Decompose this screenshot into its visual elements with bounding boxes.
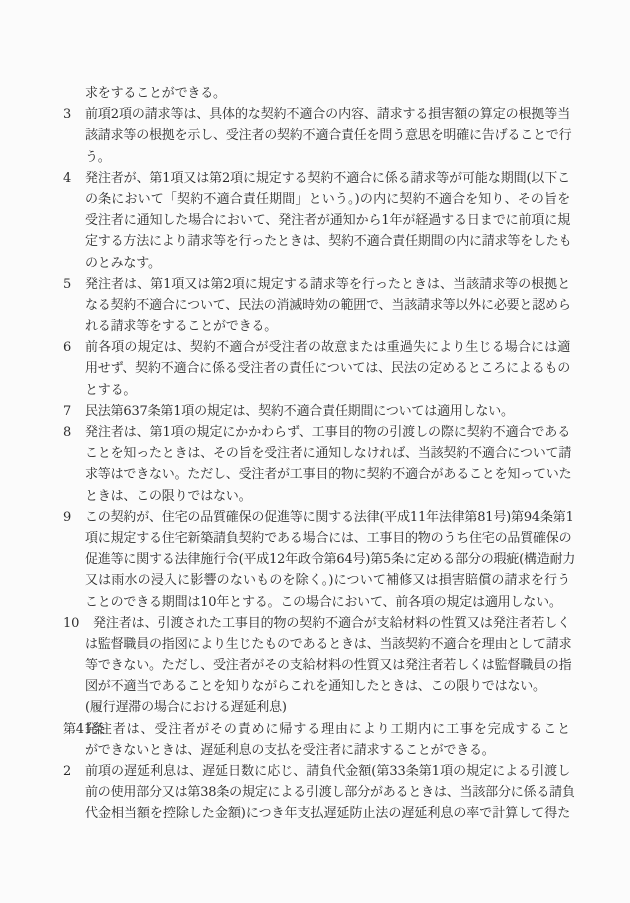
line-text: れる請求等をすることができる。	[85, 316, 570, 337]
line-text: 図が不適当であることを知りながらこれを通知したときは、この限りではない。	[85, 676, 570, 697]
contract-clause-text-block: 求をすることができる。 3 前項2項の請求等は、具体的な契約不適合の内容、請求す…	[63, 83, 570, 825]
line-text: 促進等に関する法律施行令(平成12年政令第64号)第5条に定める部分の瑕疵(構造…	[85, 549, 570, 570]
paragraph-number: 9	[63, 507, 71, 528]
line-text: 発注者は、引渡された工事目的物の契約不適合が支給材料の性質又は発注者若しく	[93, 613, 570, 634]
text-line: う。	[63, 147, 570, 168]
text-line: 図が不適当であることを知りながらこれを通知したときは、この限りではない。	[63, 676, 570, 697]
text-line: 求等はできない。ただし、受注者が工事目的物に契約不適合があることを知っていた	[63, 464, 570, 485]
paragraph-number: 4	[63, 168, 71, 189]
text-line: 用せず、契約不適合に係る受注者の責任については、民法の定めるところによるもの	[63, 358, 570, 379]
text-line: 等できない。ただし、受注者がその支給材料の性質又は発注者若しくは監督職員の指	[63, 655, 570, 676]
text-line: ができないときは、遅延利息の支払を受注者に請求することができる。	[63, 740, 570, 761]
line-text: 用せず、契約不適合に係る受注者の責任については、民法の定めるところによるもの	[85, 358, 570, 379]
text-line: 9 この契約が、住宅の品質確保の促進等に関する法律(平成11年法律第81号)第9…	[63, 507, 570, 528]
text-line: (履行遅滞の場合における遅延利息)	[63, 697, 570, 718]
paragraph-number: 3	[63, 104, 71, 125]
line-text: ことのできる期間は10年とする。この場合において、前各項の規定は適用しない。	[85, 592, 570, 613]
text-line: のとみなす。	[63, 253, 570, 274]
text-line: 8 発注者は、第1項の規定にかかわらず、工事目的物の引渡しの際に契約不適合である	[63, 422, 570, 443]
line-text: (履行遅滞の場合における遅延利息)	[85, 697, 570, 718]
line-text: 前項2項の請求等は、具体的な契約不適合の内容、請求する損害額の算定の根拠等当	[85, 104, 570, 125]
text-line: 又は雨水の浸入に影響のないものを除く。)について補修又は損害賠償の請求を行う	[63, 570, 570, 591]
text-line: 第41条 発注者は、受注者がその責めに帰する理由により工期内に工事を完成すること	[63, 719, 570, 740]
line-text: とする。	[85, 380, 570, 401]
line-text: 定する方法により請求等を行ったときは、契約不適合責任期間の内に請求等をしたも	[85, 231, 570, 252]
line-text: 該請求等の根拠を示し、受注者の契約不適合責任を問う意思を明確に告げることで行	[85, 125, 570, 146]
line-text: 項に規定する住宅新築請負契約である場合には、工事目的物のうち住宅の品質確保の	[85, 528, 570, 549]
text-line: 求をすることができる。	[63, 83, 570, 104]
paragraph-number: 6	[63, 337, 71, 358]
line-text: 等できない。ただし、受注者がその支給材料の性質又は発注者若しくは監督職員の指	[85, 655, 570, 676]
paragraph-number: 7	[63, 401, 71, 422]
line-text: 受注者に通知した場合において、発注者が通知から1年が経過する日までに前項に規	[85, 210, 570, 231]
line-text: 求をすることができる。	[85, 83, 570, 104]
text-line: 4 発注者が、第1項又は第2項に規定する契約不適合に係る請求等が可能な期間(以下…	[63, 168, 570, 189]
line-text: 発注者は、第1項の規定にかかわらず、工事目的物の引渡しの際に契約不適合である	[85, 422, 570, 443]
text-line: 該請求等の根拠を示し、受注者の契約不適合責任を問う意思を明確に告げることで行	[63, 125, 570, 146]
line-text: 民法第637条第1項の規定は、契約不適合責任期間については適用しない。	[85, 401, 570, 422]
text-line: ときは、この限りではない。	[63, 486, 570, 507]
document-page: 求をすることができる。 3 前項2項の請求等は、具体的な契約不適合の内容、請求す…	[0, 0, 630, 903]
text-line: 7 民法第637条第1項の規定は、契約不適合責任期間については適用しない。	[63, 401, 570, 422]
paragraph-number: 8	[63, 422, 71, 443]
line-text: 発注者は、第1項又は第2項に規定する請求等を行ったときは、当該請求等の根拠と	[85, 274, 570, 295]
line-text: のとみなす。	[85, 253, 570, 274]
line-text: ができないときは、遅延利息の支払を受注者に請求することができる。	[85, 740, 570, 761]
line-text: う。	[85, 147, 570, 168]
text-line: 6 前各項の規定は、契約不適合が受注者の故意または重過失により生じる場合には適	[63, 337, 570, 358]
text-line: 3 前項2項の請求等は、具体的な契約不適合の内容、請求する損害額の算定の根拠等当	[63, 104, 570, 125]
line-text: 前の使用部分又は第38条の規定による引渡し部分があるときは、当該部分に係る請負	[85, 782, 570, 803]
text-line: 項に規定する住宅新築請負契約である場合には、工事目的物のうち住宅の品質確保の	[63, 528, 570, 549]
line-text: 前各項の規定は、契約不適合が受注者の故意または重過失により生じる場合には適	[85, 337, 570, 358]
text-line: ことのできる期間は10年とする。この場合において、前各項の規定は適用しない。	[63, 592, 570, 613]
line-text: は監督職員の指図により生じたものであるときは、当該契約不適合を理由として請求	[85, 634, 570, 655]
text-line: ことを知ったときは、その旨を受注者に通知しなければ、当該契約不適合について請	[63, 443, 570, 464]
line-text: の条において「契約不適合責任期間」という。)の内に契約不適合を知り、その旨を	[85, 189, 570, 210]
line-text: 発注者が、第1項又は第2項に規定する契約不適合に係る請求等が可能な期間(以下こ	[85, 168, 570, 189]
line-text: 求等はできない。ただし、受注者が工事目的物に契約不適合があることを知っていた	[85, 464, 570, 485]
line-text: この契約が、住宅の品質確保の促進等に関する法律(平成11年法律第81号)第94条…	[85, 507, 570, 528]
line-text: 前項の遅延利息は、遅延日数に応じ、請負代金額(第33条第1項の規定による引渡し	[85, 761, 570, 782]
text-line: れる請求等をすることができる。	[63, 316, 570, 337]
text-line: 受注者に通知した場合において、発注者が通知から1年が経過する日までに前項に規	[63, 210, 570, 231]
text-line: なる契約不適合について、民法の消滅時効の範囲で、当該請求等以外に必要と認めら	[63, 295, 570, 316]
text-line: 10 発注者は、引渡された工事目的物の契約不適合が支給材料の性質又は発注者若しく	[63, 613, 570, 634]
text-line: 5 発注者は、第1項又は第2項に規定する請求等を行ったときは、当該請求等の根拠と	[63, 274, 570, 295]
paragraph-number: 第41条	[63, 719, 105, 740]
line-text: 代金相当額を控除した金額)につき年支払遅延防止法の遅延利息の率で計算して得た	[85, 803, 570, 824]
text-line: 定する方法により請求等を行ったときは、契約不適合責任期間の内に請求等をしたも	[63, 231, 570, 252]
text-line: 代金相当額を控除した金額)につき年支払遅延防止法の遅延利息の率で計算して得た	[63, 803, 570, 824]
paragraph-number: 2	[63, 761, 71, 782]
text-line: の条において「契約不適合責任期間」という。)の内に契約不適合を知り、その旨を	[63, 189, 570, 210]
text-line: は監督職員の指図により生じたものであるときは、当該契約不適合を理由として請求	[63, 634, 570, 655]
text-line: 促進等に関する法律施行令(平成12年政令第64号)第5条に定める部分の瑕疵(構造…	[63, 549, 570, 570]
line-text: 又は雨水の浸入に影響のないものを除く。)について補修又は損害賠償の請求を行う	[85, 570, 570, 591]
line-text: 発注者は、受注者がその責めに帰する理由により工期内に工事を完成すること	[85, 719, 570, 740]
text-line: 2 前項の遅延利息は、遅延日数に応じ、請負代金額(第33条第1項の規定による引渡…	[63, 761, 570, 782]
text-line: 前の使用部分又は第38条の規定による引渡し部分があるときは、当該部分に係る請負	[63, 782, 570, 803]
line-text: ことを知ったときは、その旨を受注者に通知しなければ、当該契約不適合について請	[85, 443, 570, 464]
text-line: とする。	[63, 380, 570, 401]
paragraph-number: 10	[63, 613, 79, 634]
line-text: なる契約不適合について、民法の消滅時効の範囲で、当該請求等以外に必要と認めら	[85, 295, 570, 316]
line-text: ときは、この限りではない。	[85, 486, 570, 507]
paragraph-number: 5	[63, 274, 71, 295]
